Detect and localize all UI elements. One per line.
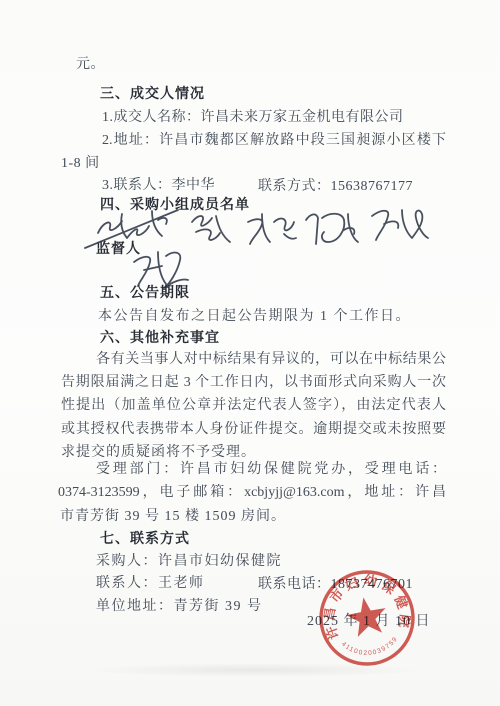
winner-name-line: 1.成交人名称：许昌未来万家五金机电有限公司	[102, 108, 404, 127]
section3-title: 三、成交人情况	[100, 84, 205, 103]
section5-body: 本公告自发布之日起公告期限为 1 个工作日。	[98, 307, 411, 326]
section6-para2-line1: 受理部门：许昌市妇幼保健院党办，受理电话：	[96, 460, 446, 479]
section4-title: 四、采购小组成员名单	[100, 195, 250, 214]
signature-member-4	[306, 214, 358, 244]
section6-para2-line3: 市青芳街 39 号 15 楼 1509 房间。	[60, 507, 286, 526]
buyer-line: 采购人：许昌市妇幼保健院	[96, 552, 282, 571]
signature-member-2	[192, 216, 230, 242]
signature-member-3	[248, 214, 296, 244]
section6-title: 六、其他补充事宜	[100, 328, 220, 347]
scan-smudge	[90, 663, 420, 677]
carryover-text: 元。	[76, 55, 105, 74]
section6-para1-line4: 或其授权代表携带本人身份证件提交。逾期提交或未按照要	[61, 420, 446, 439]
signature-member-5	[372, 210, 428, 240]
winner-contact-phone: 联系方式：15638767177	[258, 177, 413, 196]
section7-title: 七、联系方式	[100, 529, 190, 548]
unit-address-line: 单位地址：青芳街 39 号	[96, 597, 263, 616]
contact-line: 联系人：王老师	[96, 574, 205, 593]
seal-star-icon	[344, 594, 390, 638]
section5-title: 五、公告期限	[100, 283, 190, 302]
winner-contact: 3.联系人：李中华	[102, 176, 215, 195]
section6-para2-line2: 0374-3123599，电子邮箱：xcbjyjj@163.com，地址：许昌	[58, 483, 446, 502]
section6-para1-line3: 性提出（加盖单位公章并法定代表人签字），由法定代表人	[61, 396, 446, 415]
document-page: 元。 三、成交人情况 1.成交人名称：许昌未来万家五金机电有限公司 2.地址：许…	[0, 0, 500, 706]
winner-address-line2: 1-8 间	[61, 154, 100, 173]
supervisor-label: 监督人	[96, 239, 141, 258]
section6-para1-line2: 告期限届满之日起 3 个工作日内，以书面形式向采购人一次	[61, 373, 446, 392]
winner-address-line1: 2.地址：许昌市魏都区解放路中段三国昶源小区楼下	[102, 131, 446, 150]
section6-para1-line1: 各有关当事人对中标结果有异议的，可以在中标结果公	[96, 350, 446, 369]
